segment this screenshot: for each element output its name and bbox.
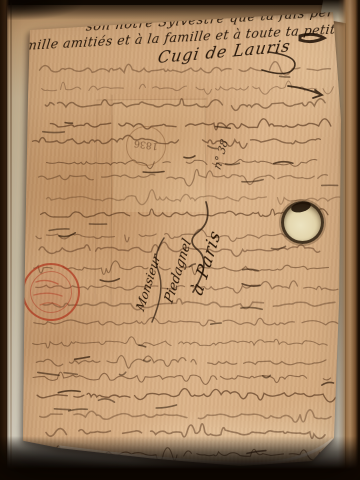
vignette-overlay xyxy=(0,0,360,480)
photo-stage: son notre Sylvestre que ta fais peroi mi… xyxy=(0,0,360,480)
